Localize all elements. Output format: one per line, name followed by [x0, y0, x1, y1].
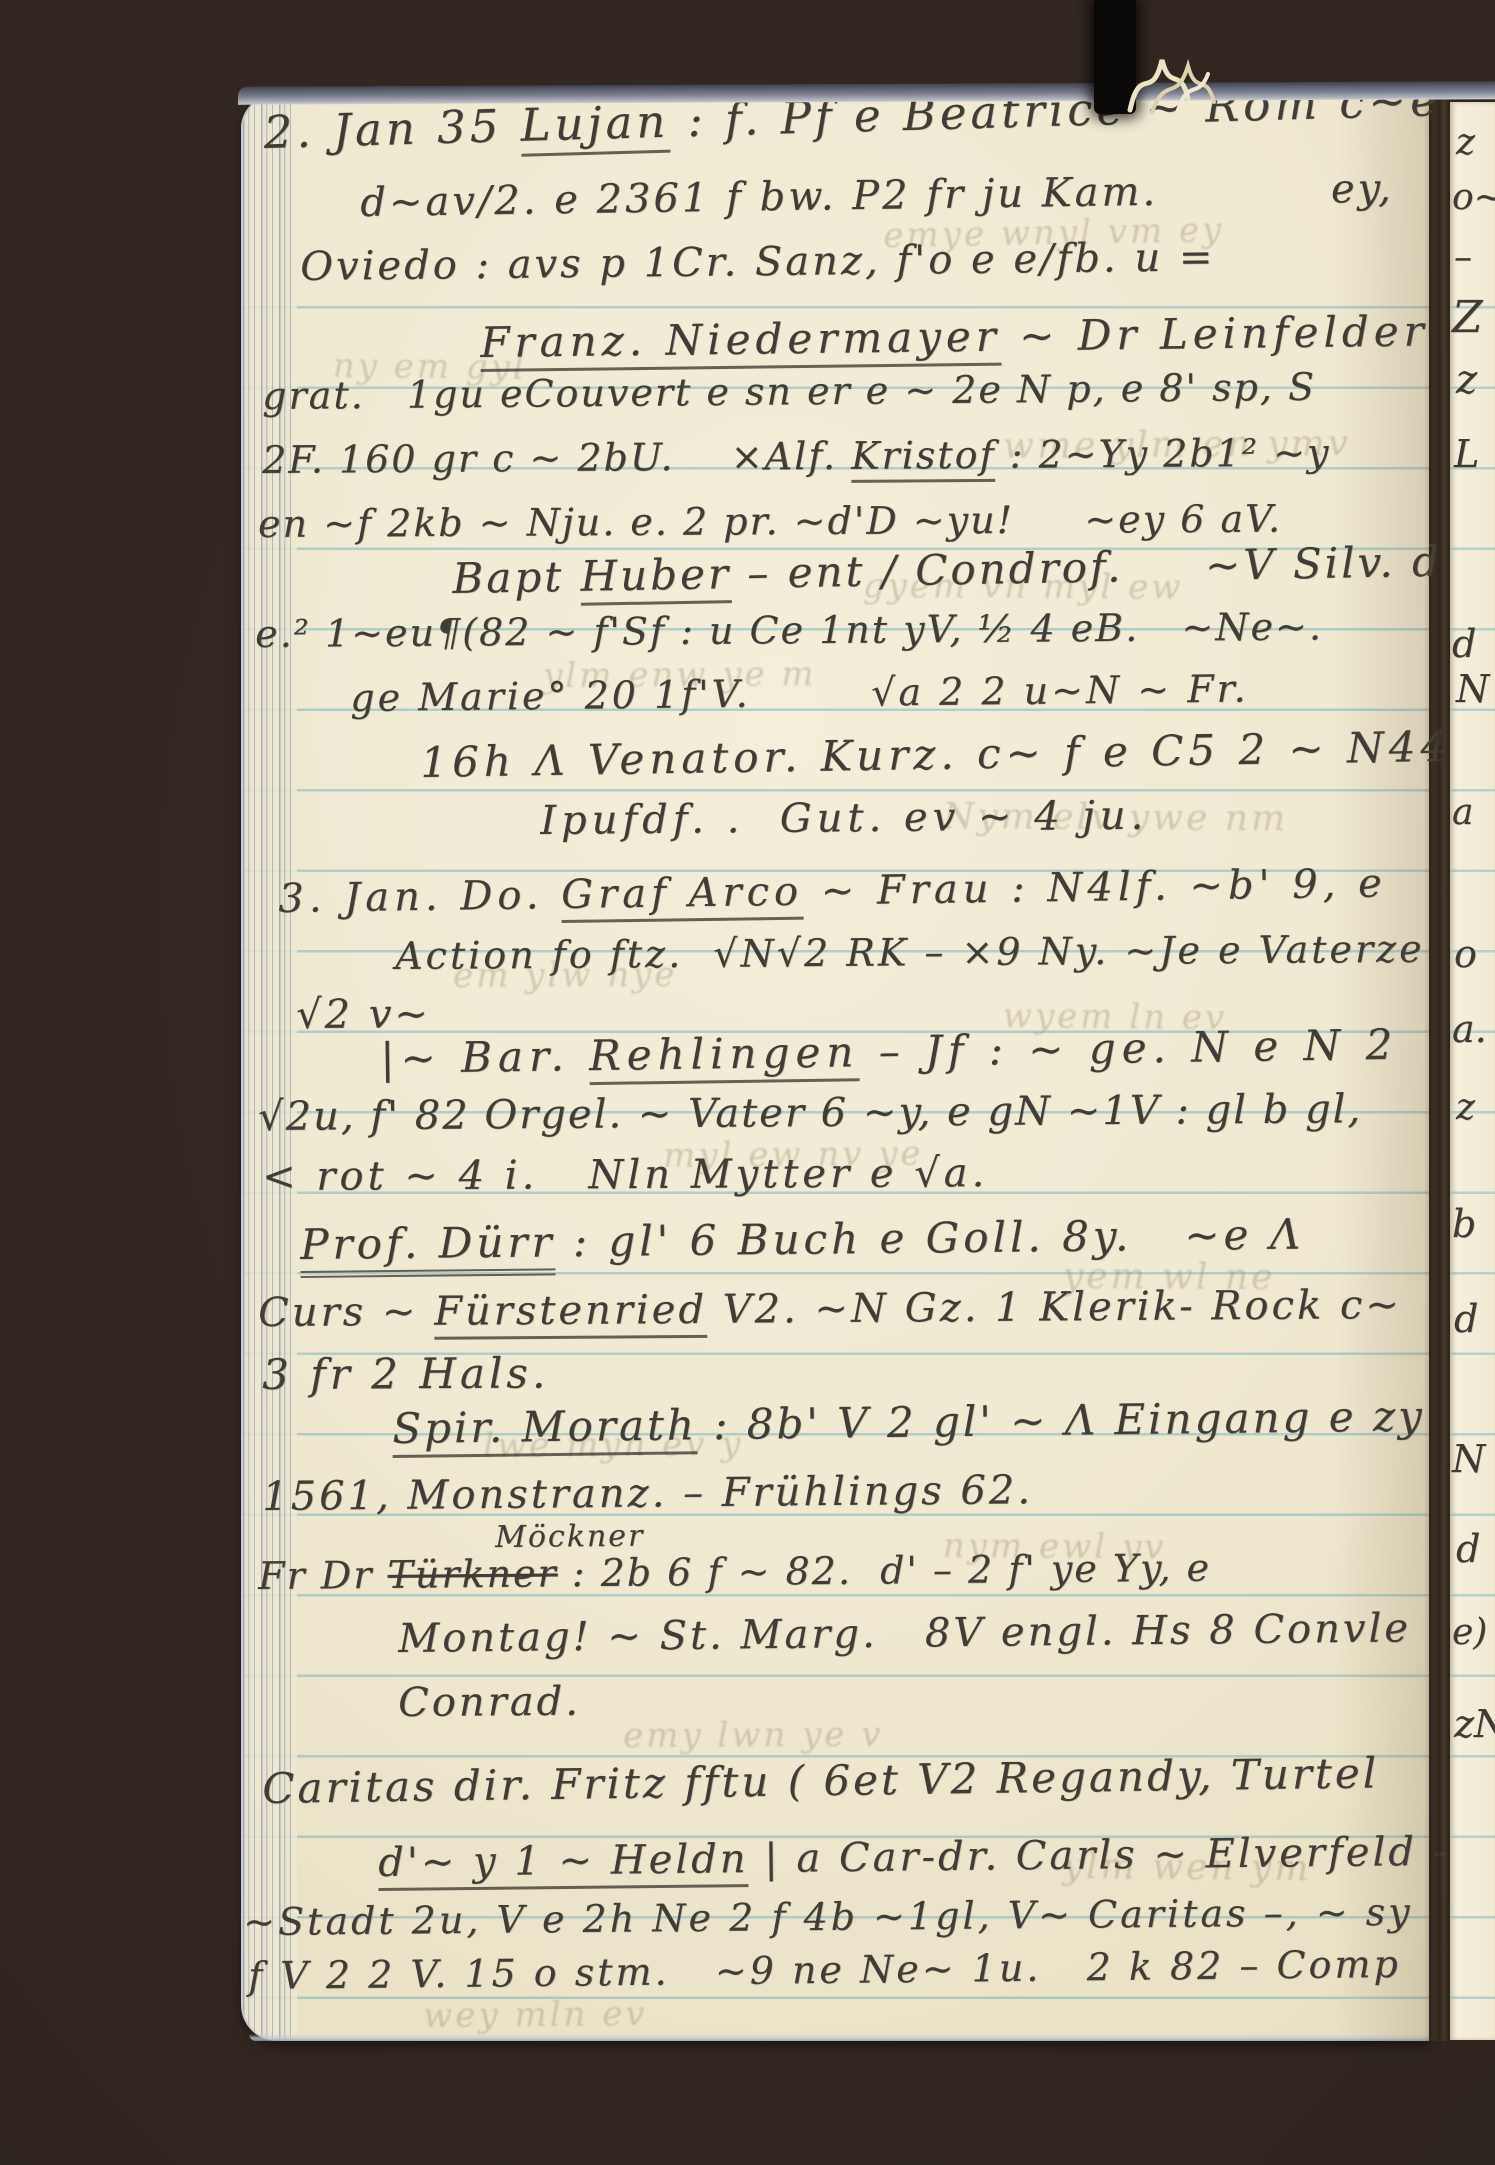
- manuscript-line: 3. Jan. Do. Graf Arco ~ Frau : N4lf. ~b'…: [278, 861, 1387, 922]
- next-page-fragment: d: [1452, 622, 1476, 666]
- manuscript-line: f V 2 2 V. 15 o stm. ~9 ne Ne~ 1u. 2 k 8…: [248, 1942, 1401, 1998]
- next-page-fragment: zN: [1454, 1702, 1495, 1746]
- next-page-handwriting: zo~–ZzLdNaoa.zbdNde)zN: [1450, 102, 1495, 2040]
- manuscript-line: Oviedo : avs p 1Cr. Sanz, f'o e e/fb. u …: [300, 234, 1216, 290]
- manuscript-line: e.² 1~eu¶(82 ~ f'Sf : u Ce 1nt yV, ½ 4 e…: [255, 605, 1323, 656]
- manuscript-line: 16h Λ Venator. Kurz. c~ f e C5 2 ~ N44: [420, 722, 1453, 787]
- underlined-word: Graf Arco: [561, 869, 804, 923]
- underlined-word: Fürstenried: [434, 1287, 707, 1340]
- manuscript-line: Montag! ~ St. Marg. 8V engl. Hs 8 Convle: [398, 1605, 1411, 1662]
- underlined-word: Lujan: [520, 95, 670, 157]
- notebook-photo: emye wnyl vm eyny em gylwme ylm en ymvgy…: [0, 0, 1495, 2165]
- next-page-fragment: N: [1456, 667, 1489, 711]
- manuscript-line: ge Marie° 20 1f'V. √a 2 2 u~N ~ Fr.: [350, 667, 1249, 720]
- manuscript-line: ~Stadt 2u, V e 2h Ne 2 f 4b ~1gl, V~ Car…: [243, 1890, 1413, 1944]
- underlined-word: Spir. Morath: [392, 1400, 697, 1458]
- next-page-fragment: a.: [1452, 1007, 1487, 1051]
- next-page-sliver: zo~–ZzLdNaoa.zbdNde)zN: [1450, 102, 1495, 2040]
- next-page-fragment: z: [1456, 122, 1475, 163]
- underlined-word: Franz. Niedermayer: [480, 312, 1001, 372]
- manuscript-line: Fr Dr Türkner : 2b 6 f ~ 82. d' – 2 f' y…: [258, 1546, 1211, 1598]
- underlined-word: Rehlingen: [589, 1027, 860, 1085]
- next-page-fragment: Z: [1452, 292, 1483, 343]
- next-page-fragment: e): [1452, 1612, 1487, 1653]
- next-page-fragment: b: [1452, 1202, 1476, 1246]
- manuscript-line: Curs ~ Fürstenried V2. ~N Gz. 1 Klerik- …: [258, 1282, 1402, 1336]
- next-page-fragment: o: [1454, 932, 1477, 976]
- headband-threads: [1122, 52, 1272, 118]
- next-page-fragment: a: [1452, 792, 1473, 833]
- manuscript-line: Action fo ftz. √N√2 RK – ×9 Ny. ~Je e Va…: [395, 927, 1425, 978]
- next-page-fragment: L: [1454, 432, 1479, 476]
- manuscript-line: Franz. Niedermayer ~ Dr Leinfelder :: [480, 306, 1466, 367]
- next-page-fragment: N: [1452, 1437, 1485, 1481]
- manuscript-line: < rot ~ 4 i. Nln Mytter e √a.: [262, 1150, 988, 1200]
- manuscript-line: Prof. Dürr : gl' 6 Buch e Goll. 8y. ~e Λ: [300, 1209, 1304, 1269]
- handwriting-layer: 2. Jan 35 Lujan : f. Pf e Beatrice ~ Rom…: [243, 96, 1429, 2041]
- manuscript-line: en ~f 2kb ~ Nju. e. 2 pr. ~d'D ~yu! ~ey …: [258, 497, 1282, 546]
- headband-threads-icon: [1122, 52, 1272, 118]
- next-page-fragment: –: [1454, 237, 1472, 278]
- manuscript-line: √2u, f' 82 Orgel. ~ Vater 6 ~y, e gN ~1V…: [258, 1086, 1362, 1140]
- next-page-fragment: o~: [1452, 177, 1495, 218]
- manuscript-line: 3 fr 2 Hals.: [262, 1348, 549, 1399]
- manuscript-line: 2F. 160 gr c ~ 2bU. ×Alf. Kristof : 2~Yy…: [262, 431, 1331, 482]
- underlined-word: Kristof: [851, 433, 996, 483]
- manuscript-line: Caritas dir. Fritz fftu ( 6et V2 Regandy…: [262, 1748, 1379, 1813]
- underlined-word: d'~ y 1 ~ Heldn: [378, 1836, 749, 1891]
- next-page-fragment: d: [1454, 1297, 1478, 1341]
- next-page-fragment: z: [1456, 357, 1477, 403]
- manuscript-line: |~ Bar. Rehlingen – Jf : ~ ge. N e N 2: [380, 1020, 1399, 1083]
- struck-word: Türkner: [387, 1551, 558, 1596]
- manuscript-line: d'~ y 1 ~ Heldn | a Car-dr. Carls ~ Elve…: [378, 1829, 1449, 1886]
- next-page-fragment: z: [1456, 1087, 1475, 1128]
- manuscript-line: 1561, Monstranz. – Frühlings 62.: [262, 1467, 1033, 1520]
- manuscript-line: grat. 1gu eCouvert e sn er e ~ 2e N p, e…: [262, 365, 1316, 418]
- manuscript-line: d~av/2. e 2361 f bw. P2 fr ju Kam. ey,: [360, 166, 1394, 226]
- manuscript-line: Conrad.: [398, 1679, 581, 1726]
- manuscript-line: Möckner: [495, 1519, 644, 1555]
- next-page-fragment: d: [1456, 1527, 1480, 1571]
- underlined-word: Huber: [580, 549, 731, 606]
- page-gutter: [1424, 96, 1450, 2041]
- manuscript-line: Spir. Morath : 8b' V 2 gl' ~ Λ Eingang e…: [392, 1391, 1425, 1453]
- notebook-page: emye wnyl vm eyny em gylwme ylm en ymvgy…: [243, 96, 1429, 2041]
- manuscript-line: Bapt Huber – ent / Condrof. ~V Silv. d: [452, 537, 1442, 603]
- manuscript-line: √2 v~: [296, 991, 431, 1038]
- underlined-word: Prof. Dürr: [300, 1217, 556, 1278]
- manuscript-line: Ipufdf. . Gut. ev ~ 4 ju.: [540, 793, 1148, 844]
